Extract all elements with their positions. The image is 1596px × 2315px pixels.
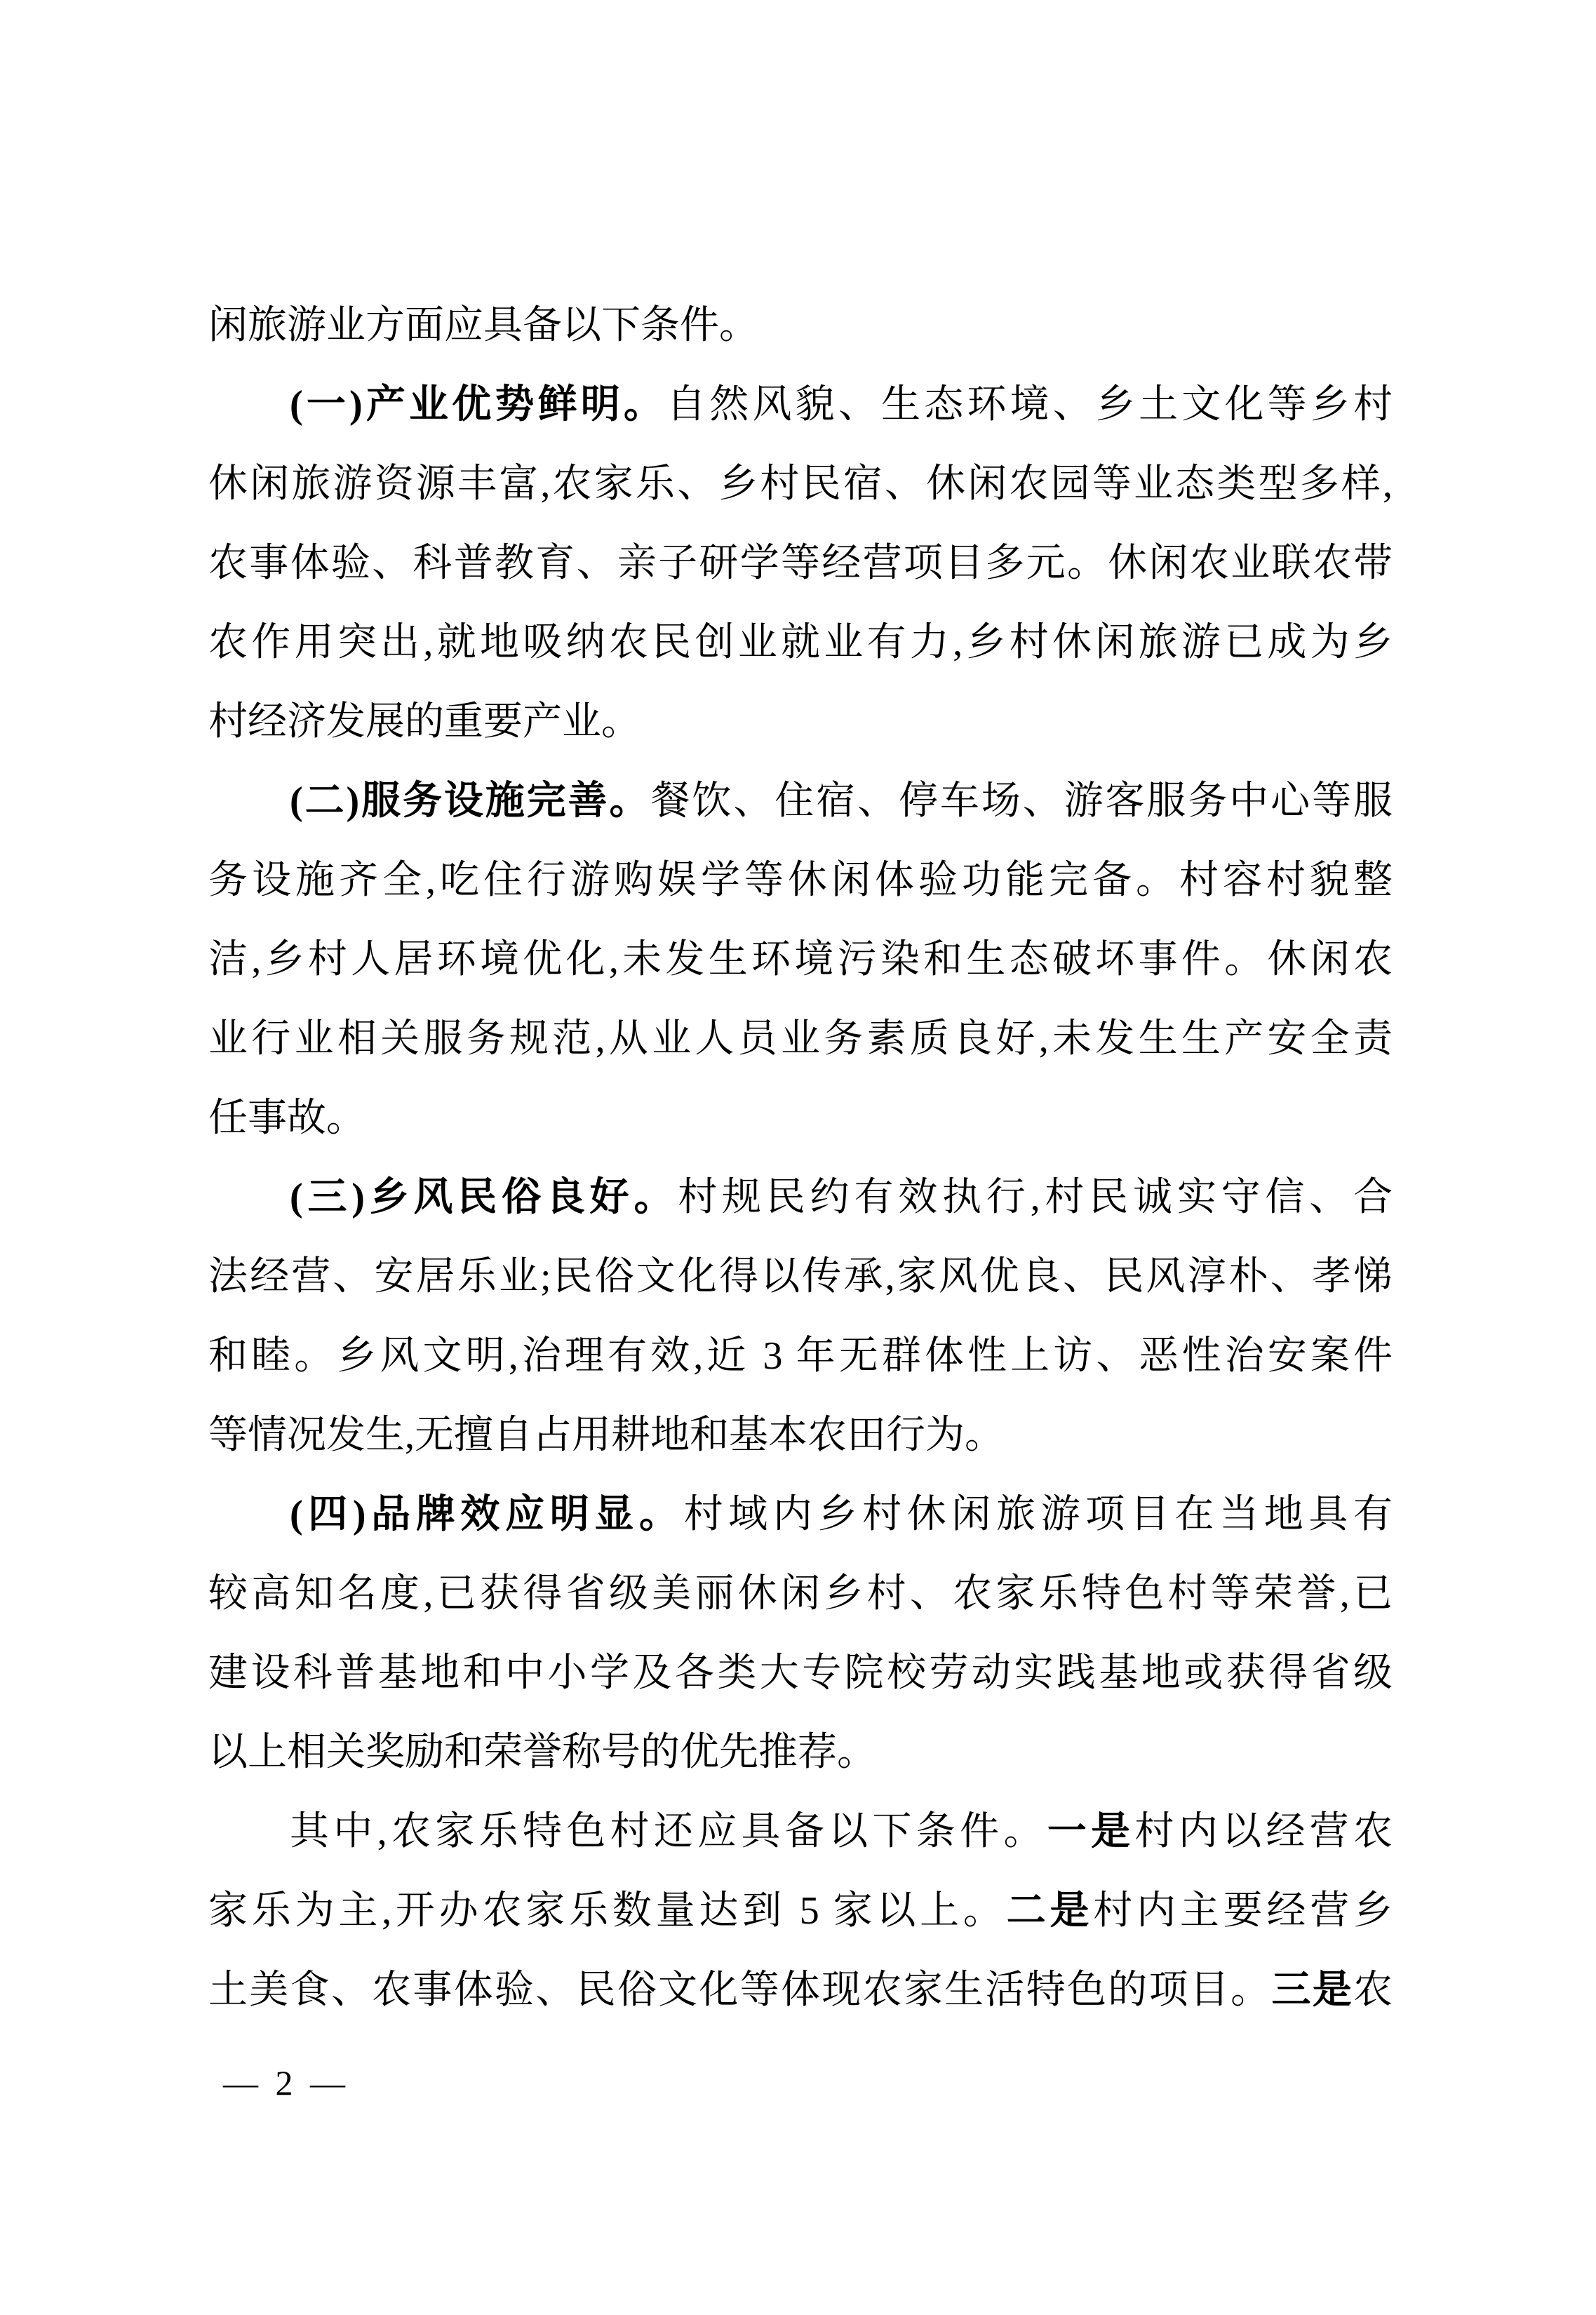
- body-text-segment: 和睦。乡风文明,治理有效,近 3 年无群体性上访、恶性治安案件: [208, 1334, 1393, 1378]
- body-text-segment: 村经济发展的重要产业。: [208, 700, 641, 744]
- document-page: 闲旅游业方面应具备以下条件。(一)产业优势鲜明。自然风貌、生态环境、乡土文化等乡…: [0, 0, 1596, 2315]
- body-text-segment: 村内以经营农: [1134, 1810, 1393, 1853]
- text-line: (二)服务设施完善。餐饮、住宿、停车场、游客服务中心等服: [208, 762, 1393, 841]
- body-text-segment: 较高知名度,已获得省级美丽休闲乡村、农家乐特色村等荣誉,已: [208, 1572, 1393, 1616]
- body-text-segment: 建设科普基地和中小学及各类大专院校劳动实践基地或获得省级: [208, 1651, 1393, 1695]
- body-text-segment: 村规民约有效执行,村民诚实守信、合: [678, 1176, 1393, 1219]
- text-line: 以上相关奖励和荣誉称号的优先推荐。: [208, 1713, 1393, 1792]
- body-text-segment: 务设施齐全,吃住行游购娱学等休闲体验功能完备。村容村貌整: [208, 859, 1393, 902]
- document-body: 闲旅游业方面应具备以下条件。(一)产业优势鲜明。自然风貌、生态环境、乡土文化等乡…: [208, 286, 1393, 2030]
- text-line: 土美食、农事体验、民俗文化等体现农家生活特色的项目。三是农: [208, 1951, 1393, 2030]
- body-text-segment: 农事体验、科普教育、亲子研学等经营项目多元。休闲农业联农带: [208, 542, 1393, 585]
- body-text-segment: 闲旅游业方面应具备以下条件。: [208, 304, 758, 347]
- body-text-segment: 自然风貌、生态环境、乡土文化等乡村: [666, 383, 1393, 427]
- text-line: 较高知名度,已获得省级美丽休闲乡村、农家乐特色村等荣誉,已: [208, 1555, 1393, 1634]
- emphasis-text: (二)服务设施完善。: [290, 779, 650, 823]
- text-line: 和睦。乡风文明,治理有效,近 3 年无群体性上访、恶性治安案件: [208, 1317, 1393, 1396]
- text-line: (四)品牌效应明显。村域内乡村休闲旅游项目在当地具有: [208, 1475, 1393, 1555]
- text-line: 农作用突出,就地吸纳农民创业就业有力,乡村休闲旅游已成为乡: [208, 603, 1393, 683]
- body-text-segment: 以上相关奖励和荣誉称号的优先推荐。: [208, 1731, 876, 1774]
- body-text-segment: 家乐为主,开办农家乐数量达到 5 家以上。: [208, 1889, 1007, 1933]
- emphasis-text: 一是: [1047, 1810, 1135, 1853]
- body-text-segment: 任事故。: [208, 1096, 366, 1140]
- emphasis-text: (一)产业优势鲜明。: [290, 383, 666, 427]
- emphasis-text: (四)品牌效应明显。: [290, 1493, 684, 1536]
- text-line: 家乐为主,开办农家乐数量达到 5 家以上。二是村内主要经营乡: [208, 1872, 1393, 1951]
- emphasis-text: 三是: [1271, 1968, 1353, 2012]
- body-text-segment: 农作用突出,就地吸纳农民创业就业有力,乡村休闲旅游已成为乡: [208, 621, 1393, 664]
- text-line: 洁,乡村人居环境优化,未发生环境污染和生态破坏事件。休闲农: [208, 920, 1393, 1000]
- body-text-segment: 村内主要经营乡: [1093, 1889, 1393, 1933]
- text-line: 建设科普基地和中小学及各类大专院校劳动实践基地或获得省级: [208, 1634, 1393, 1713]
- text-line: 法经营、安居乐业;民俗文化得以传承,家风优良、民风淳朴、孝悌: [208, 1237, 1393, 1317]
- body-text-segment: 洁,乡村人居环境优化,未发生环境污染和生态破坏事件。休闲农: [208, 938, 1393, 981]
- text-line: 任事故。: [208, 1079, 1393, 1158]
- text-line: 等情况发生,无擅自占用耕地和基本农田行为。: [208, 1396, 1393, 1475]
- text-line: (一)产业优势鲜明。自然风貌、生态环境、乡土文化等乡村: [208, 365, 1393, 445]
- page-number: — 2 —: [223, 2061, 349, 2105]
- body-text-segment: 业行业相关服务规范,从业人员业务素质良好,未发生生产安全责: [208, 1017, 1393, 1061]
- body-text-segment: 法经营、安居乐业;民俗文化得以传承,家风优良、民风淳朴、孝悌: [208, 1255, 1393, 1299]
- body-text-segment: 餐饮、住宿、停车场、游客服务中心等服: [650, 779, 1393, 823]
- body-text-segment: 等情况发生,无擅自占用耕地和基本农田行为。: [208, 1414, 1004, 1457]
- emphasis-text: 二是: [1007, 1889, 1094, 1933]
- text-line: 村经济发展的重要产业。: [208, 683, 1393, 762]
- text-line: 业行业相关服务规范,从业人员业务素质良好,未发生生产安全责: [208, 1000, 1393, 1079]
- text-line: 农事体验、科普教育、亲子研学等经营项目多元。休闲农业联农带: [208, 524, 1393, 603]
- text-line: (三)乡风民俗良好。村规民约有效执行,村民诚实守信、合: [208, 1158, 1393, 1237]
- text-line: 休闲旅游资源丰富,农家乐、乡村民宿、休闲农园等业态类型多样,: [208, 445, 1393, 524]
- body-text-segment: 休闲旅游资源丰富,农家乐、乡村民宿、休闲农园等业态类型多样,: [208, 462, 1393, 506]
- body-text-segment: 农: [1353, 1968, 1393, 2012]
- body-text-segment: 土美食、农事体验、民俗文化等体现农家生活特色的项目。: [208, 1968, 1271, 2012]
- text-line: 闲旅游业方面应具备以下条件。: [208, 286, 1393, 365]
- emphasis-text: (三)乡风民俗良好。: [290, 1176, 678, 1219]
- body-text-segment: 村域内乡村休闲旅游项目在当地具有: [684, 1493, 1393, 1536]
- text-line: 务设施齐全,吃住行游购娱学等休闲体验功能完备。村容村貌整: [208, 841, 1393, 920]
- body-text-segment: 其中,农家乐特色村还应具备以下条件。: [290, 1810, 1047, 1853]
- text-line: 其中,农家乐特色村还应具备以下条件。一是村内以经营农: [208, 1792, 1393, 1872]
